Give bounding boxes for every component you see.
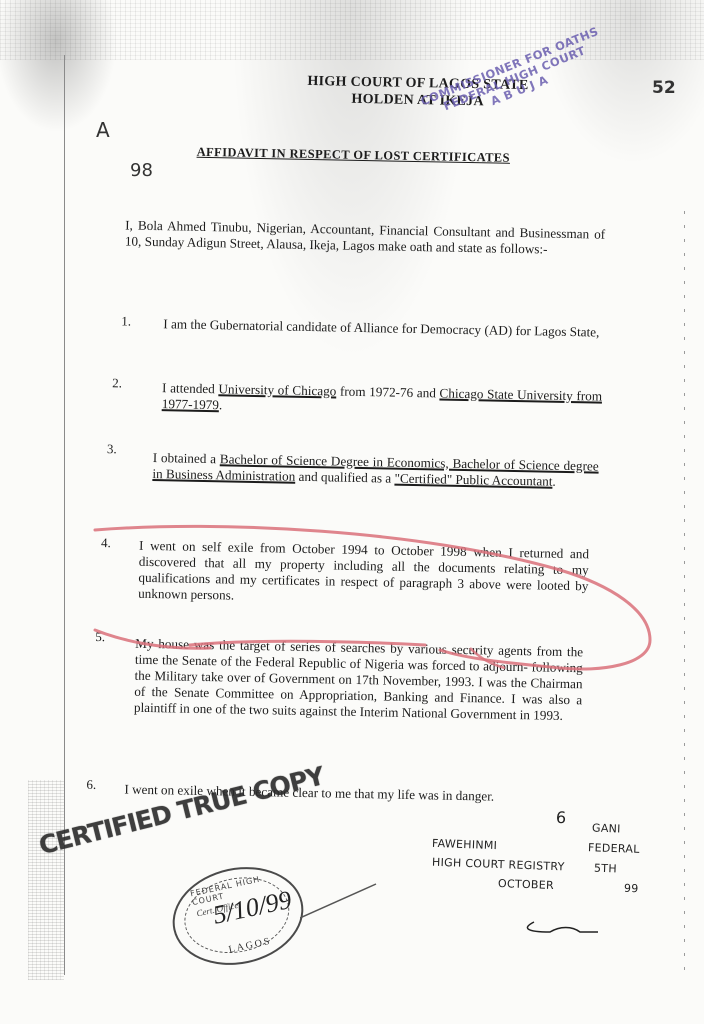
document-title: AFFIDAVIT IN RESPECT OF LOST CERTIFICATE… [197, 145, 577, 167]
paragraph-number: 5. [95, 629, 105, 645]
paragraph-1: I am the Gubernatorial candidate of Alli… [163, 316, 603, 340]
registrar-signature [520, 918, 600, 938]
signature-stroke [300, 880, 380, 920]
handwritten-marker: 6 [556, 808, 567, 827]
paragraph-number: 4. [101, 535, 111, 551]
underlined-university: University of Chicago [218, 381, 336, 398]
paragraph-3: I obtained a Bachelor of Science Degree … [152, 450, 599, 491]
paragraph-number: 6. [86, 777, 96, 793]
paragraph-5: My house was the target of series of sea… [134, 636, 583, 725]
handwritten-name: FAWEHINMI [432, 837, 498, 852]
handwritten-day: 5TH [594, 862, 617, 876]
document-page: A 98 52 HIGH COURT OF LAGOS STATE HOLDEN… [0, 0, 704, 1024]
handwritten-court: FEDERAL [588, 841, 640, 856]
handwritten-year: 99 [624, 882, 639, 896]
paragraph-number: 2. [112, 375, 122, 391]
paragraph-number: 1. [121, 313, 131, 329]
underlined-qualification: "Certified" Public Accountant [394, 471, 552, 489]
intro-paragraph: I, Bola Ahmed Tinubu, Nigerian, Accounta… [125, 217, 606, 258]
paragraph-4: I went on self exile from October 1994 t… [138, 538, 589, 611]
paragraph-number: 3. [107, 441, 117, 457]
handwritten-first-name: GANI [592, 822, 621, 836]
handwritten-month: OCTOBER [498, 877, 554, 892]
paragraph-2: I attended University of Chicago from 19… [162, 380, 603, 420]
